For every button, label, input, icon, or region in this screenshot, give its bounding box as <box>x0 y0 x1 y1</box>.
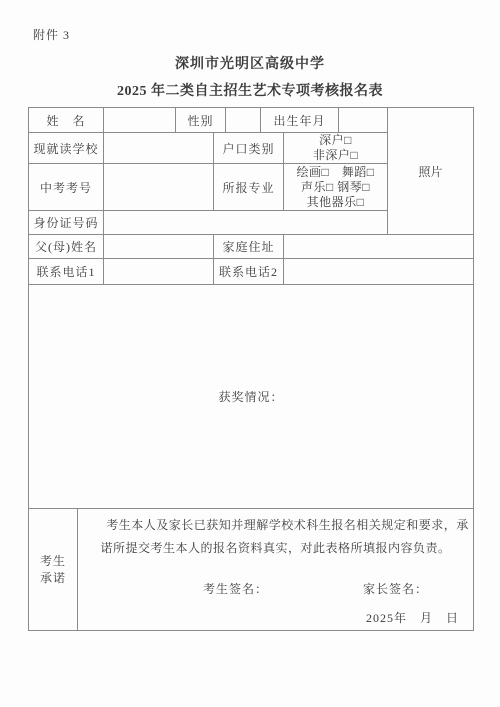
major-option-vocal-piano[interactable]: 声乐□ 钢琴□ <box>284 180 387 195</box>
id-number-label: 身份证号码 <box>29 211 104 235</box>
id-number-input-cell[interactable] <box>104 211 388 235</box>
exam-number-label: 中考考号 <box>29 164 104 211</box>
birthdate-input-cell[interactable] <box>339 108 388 133</box>
gender-input-cell[interactable] <box>226 108 261 133</box>
pledge-text: 考生本人及家长已获知并理解学校术科生报名相关规定和要求，承诺所提交考生本人的报名… <box>78 514 473 560</box>
date-line: 2025年 月 日 <box>78 609 473 626</box>
hukou-option-shenzhen[interactable]: 深户□ <box>284 133 387 148</box>
candidate-signature-label: 考生签名： <box>203 582 268 596</box>
phone2-input-cell[interactable] <box>284 259 474 285</box>
hukou-options-cell[interactable]: 深户□ 非深户□ <box>284 133 388 164</box>
current-school-input-cell[interactable] <box>104 133 214 164</box>
form-title: 2025 年二类自主招生艺术专项考核报名表 <box>0 80 500 100</box>
name-label: 姓 名 <box>29 108 104 133</box>
photo-cell: 照片 <box>388 108 474 235</box>
parent-name-label: 父(母)姓名 <box>29 235 104 259</box>
phone1-label: 联系电话1 <box>29 259 104 285</box>
school-name: 深圳市光明区高级中学 <box>0 53 500 73</box>
major-options-cell[interactable]: 绘画□ 舞蹈□ 声乐□ 钢琴□ 其他器乐□ <box>284 164 388 211</box>
major-option-other-instruments[interactable]: 其他器乐□ <box>284 195 387 210</box>
awards-label: 获奖情况： <box>219 390 284 404</box>
hukou-type-label: 户口类别 <box>214 133 284 164</box>
awards-cell[interactable]: 获奖情况： <box>29 285 474 509</box>
parent-signature-label: 家长签名： <box>363 582 428 596</box>
current-school-label: 现就读学校 <box>29 133 104 164</box>
name-input-cell[interactable] <box>104 108 176 133</box>
gender-label: 性别 <box>176 108 226 133</box>
phone1-input-cell[interactable] <box>104 259 214 285</box>
exam-number-input-cell[interactable] <box>104 164 214 211</box>
signature-row: 考生签名： 家长签名： <box>78 580 473 597</box>
pledge-content-cell: 考生本人及家长已获知并理解学校术科生报名相关规定和要求，承诺所提交考生本人的报名… <box>78 509 474 631</box>
major-option-painting-dance[interactable]: 绘画□ 舞蹈□ <box>284 165 387 180</box>
birthdate-label: 出生年月 <box>261 108 339 133</box>
home-address-input-cell[interactable] <box>284 235 474 259</box>
pledge-label-cell: 考生 承诺 <box>29 509 78 631</box>
registration-table: 姓 名 性别 出生年月 照片 现就读学校 户口类别 深户□ 非深户□ 中考考号 … <box>28 107 474 631</box>
parent-name-input-cell[interactable] <box>104 235 214 259</box>
hukou-option-non-shenzhen[interactable]: 非深户□ <box>284 148 387 163</box>
home-address-label: 家庭住址 <box>214 235 284 259</box>
pledge-label-line2: 承诺 <box>29 570 77 587</box>
form-page: 附件 3 深圳市光明区高级中学 2025 年二类自主招生艺术专项考核报名表 姓 … <box>0 0 500 707</box>
phone2-label: 联系电话2 <box>214 259 284 285</box>
major-label: 所报专业 <box>214 164 284 211</box>
attachment-label: 附件 3 <box>33 26 70 43</box>
pledge-label-line1: 考生 <box>29 553 77 570</box>
